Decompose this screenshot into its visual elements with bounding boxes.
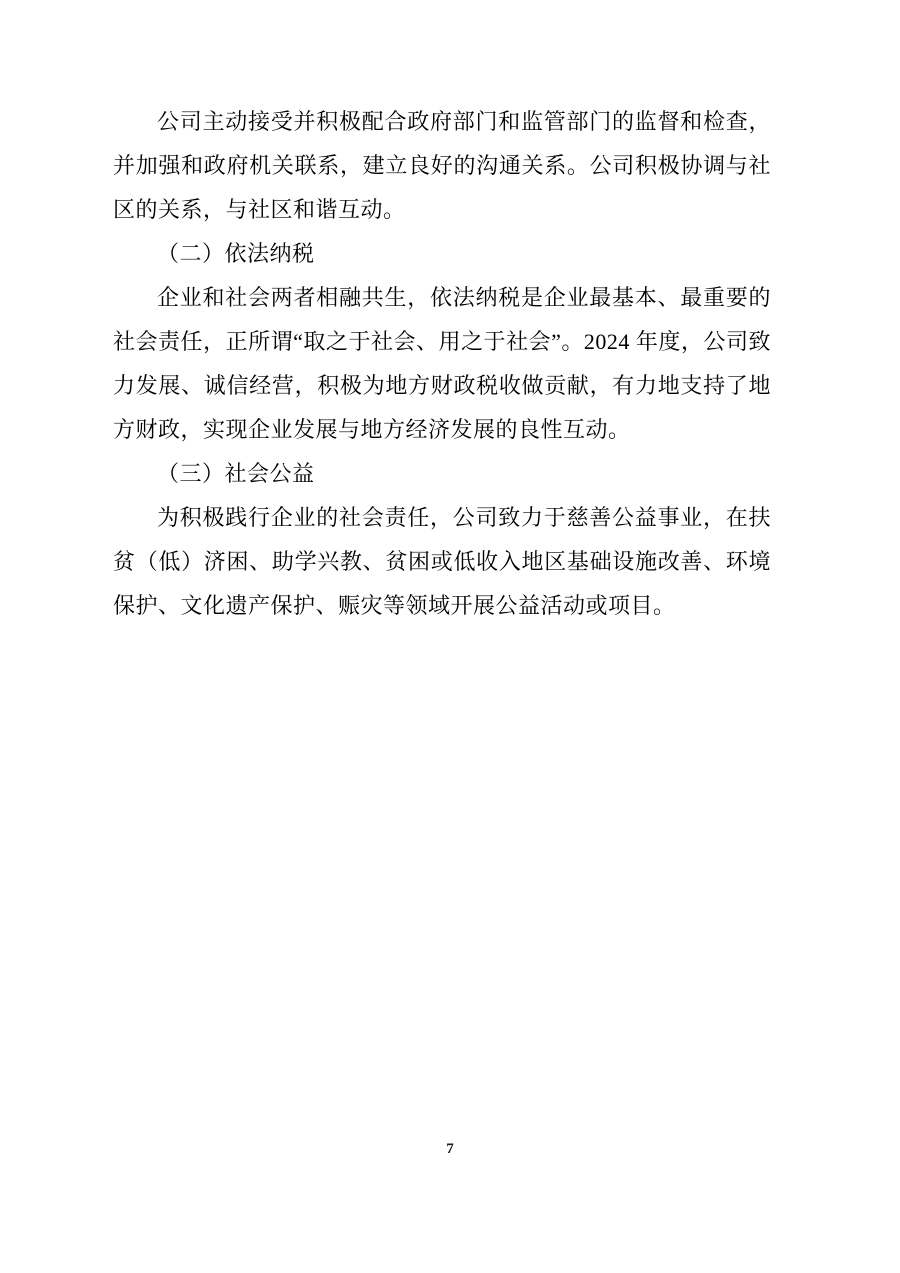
section-heading-taxation: （二）依法纳税 [113,232,771,276]
paragraph-government-relations: 公司主动接受并积极配合政府部门和监管部门的监督和检查，并加强和政府机关联系，建立… [113,100,771,232]
page-footer: 7 [0,1140,900,1158]
page-number: 7 [446,1141,454,1157]
document-content: 公司主动接受并积极配合政府部门和监管部门的监督和检查，并加强和政府机关联系，建立… [113,100,771,628]
paragraph-taxation: 企业和社会两者相融共生，依法纳税是企业最基本、最重要的社会责任，正所谓“取之于社… [113,276,771,452]
section-heading-public-welfare: （三）社会公益 [113,452,771,496]
document-page: 公司主动接受并积极配合政府部门和监管部门的监督和检查，并加强和政府机关联系，建立… [0,0,900,1273]
paragraph-public-welfare: 为积极践行企业的社会责任，公司致力于慈善公益事业，在扶贫（低）济困、助学兴教、贫… [113,496,771,628]
